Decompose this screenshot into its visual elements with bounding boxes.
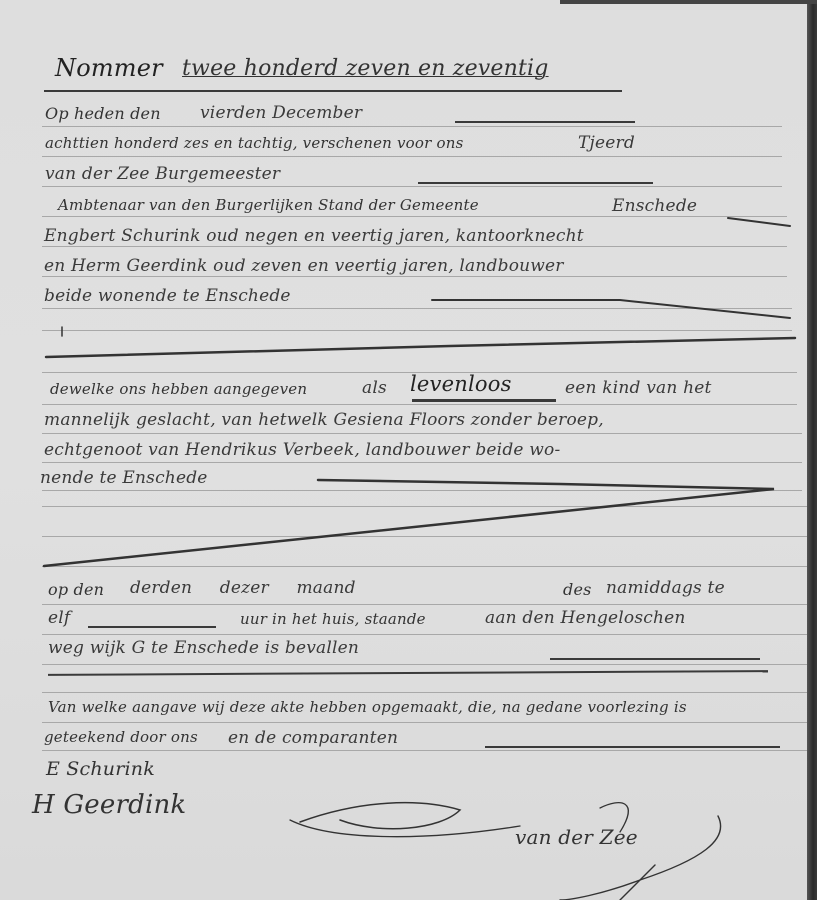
page-top-edge [560,0,817,4]
ink-strokes [0,0,808,900]
document-page: Nommer twee honderd zeven en zeventig Op… [0,0,808,900]
page-edge-shadow [807,0,817,900]
